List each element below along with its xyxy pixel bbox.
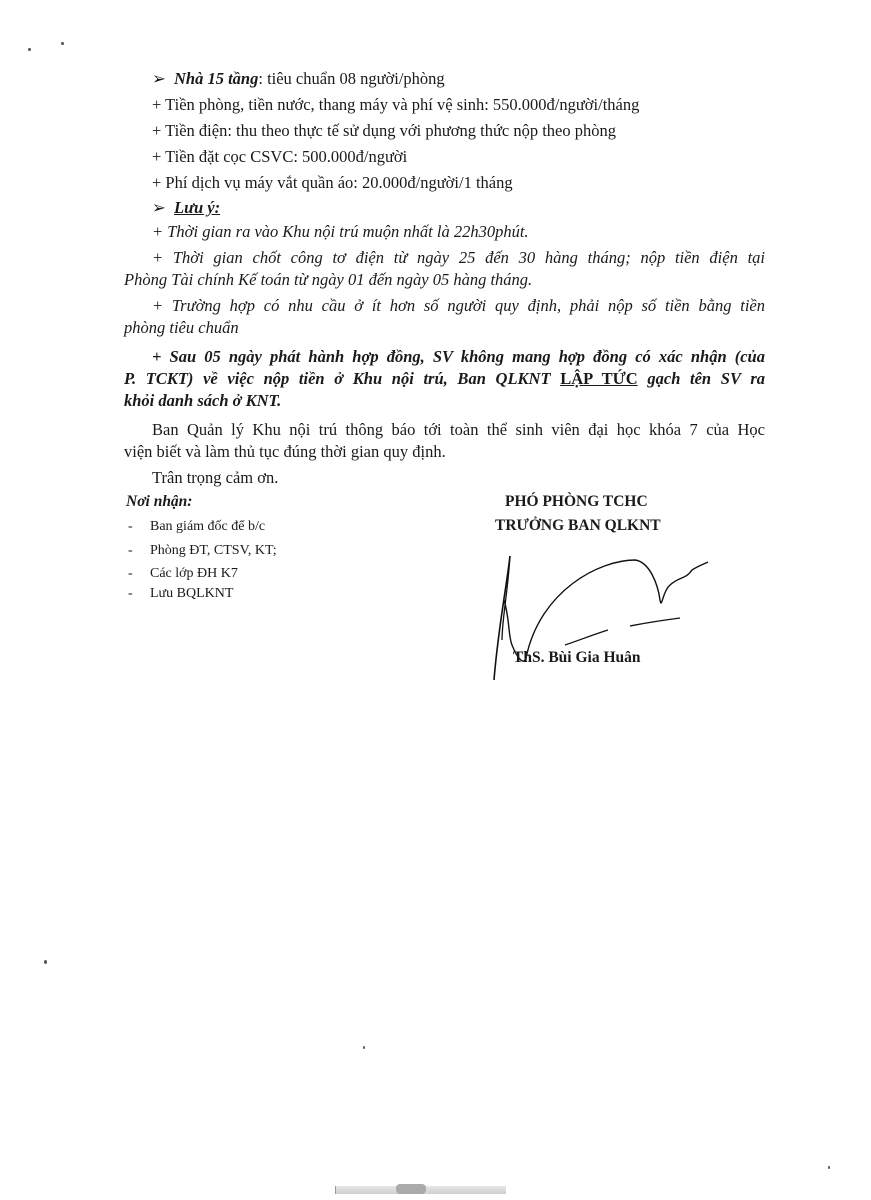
- warning-line2-end: gạch tên SV ra: [638, 369, 765, 388]
- arrow-bullet-icon: ➢: [152, 198, 174, 218]
- signer-name: ThS. Bùi Gia Huân: [513, 648, 641, 668]
- note-fewer-line1: + Trường hợp có nhu cầu ở ít hơn số ngườ…: [152, 296, 765, 316]
- scan-speck: [44, 960, 47, 964]
- warning-line2-start: P. TCKT) về việc nộp tiền ở Khu nội trú,…: [124, 369, 560, 388]
- warning-line3: khỏi danh sách ở KNT.: [124, 391, 281, 411]
- recipient-item: -Lưu BQLKNT: [128, 585, 233, 603]
- scan-edge-bar: [335, 1186, 506, 1194]
- recipient-item: -Phòng ĐT, CTSV, KT;: [128, 542, 277, 560]
- notes-heading: ➢Lưu ý:: [152, 198, 220, 218]
- fee-item-laundry: + Phí dịch vụ máy vắt quần áo: 20.000đ/n…: [152, 173, 513, 193]
- fee-item-deposit: + Tiền đặt cọc CSVC: 500.000đ/người: [152, 147, 407, 167]
- recipients-title: Nơi nhận:: [126, 492, 192, 512]
- section-15-title: Nhà 15 tầng: [174, 69, 258, 88]
- note-fewer-line2: phòng tiêu chuẩn: [124, 318, 239, 338]
- notes-title: Lưu ý:: [174, 198, 220, 217]
- scan-speck: [28, 48, 31, 51]
- warning-emphasis: LẬP TỨC: [560, 369, 638, 388]
- closing-text: Trân trọng cảm ơn.: [152, 468, 278, 488]
- warning-line1: + Sau 05 ngày phát hành hợp đồng, SV khô…: [152, 347, 765, 367]
- section-15-standard: : tiêu chuẩn 08 người/phòng: [258, 69, 444, 88]
- signer-title-line1: PHÓ PHÒNG TCHC: [505, 492, 648, 512]
- announcement-line2: viện biết và làm thủ tục đúng thời gian …: [124, 442, 446, 462]
- section-15-heading: ➢Nhà 15 tầng: tiêu chuẩn 08 người/phòng: [152, 69, 445, 89]
- scan-speck: [363, 1046, 365, 1049]
- note-meter-line2: Phòng Tài chính Kế toán từ ngày 01 đến n…: [124, 270, 532, 290]
- scan-speck: [828, 1166, 830, 1169]
- fee-item-room: + Tiền phòng, tiền nước, thang máy và ph…: [152, 95, 639, 115]
- note-curfew: + Thời gian ra vào Khu nội trú muộn nhất…: [152, 222, 529, 242]
- warning-line2: P. TCKT) về việc nộp tiền ở Khu nội trú,…: [124, 369, 765, 389]
- fee-item-electricity: + Tiền điện: thu theo thực tế sử dụng vớ…: [152, 121, 616, 141]
- arrow-bullet-icon: ➢: [152, 69, 174, 89]
- announcement-line1: Ban Quản lý Khu nội trú thông báo tới to…: [152, 420, 765, 440]
- note-meter-line1: + Thời gian chốt công tơ điện từ ngày 25…: [152, 248, 765, 268]
- scan-speck: [61, 42, 64, 45]
- recipient-item: -Các lớp ĐH K7: [128, 565, 238, 583]
- recipient-item: -Ban giám đốc để b/c: [128, 518, 265, 536]
